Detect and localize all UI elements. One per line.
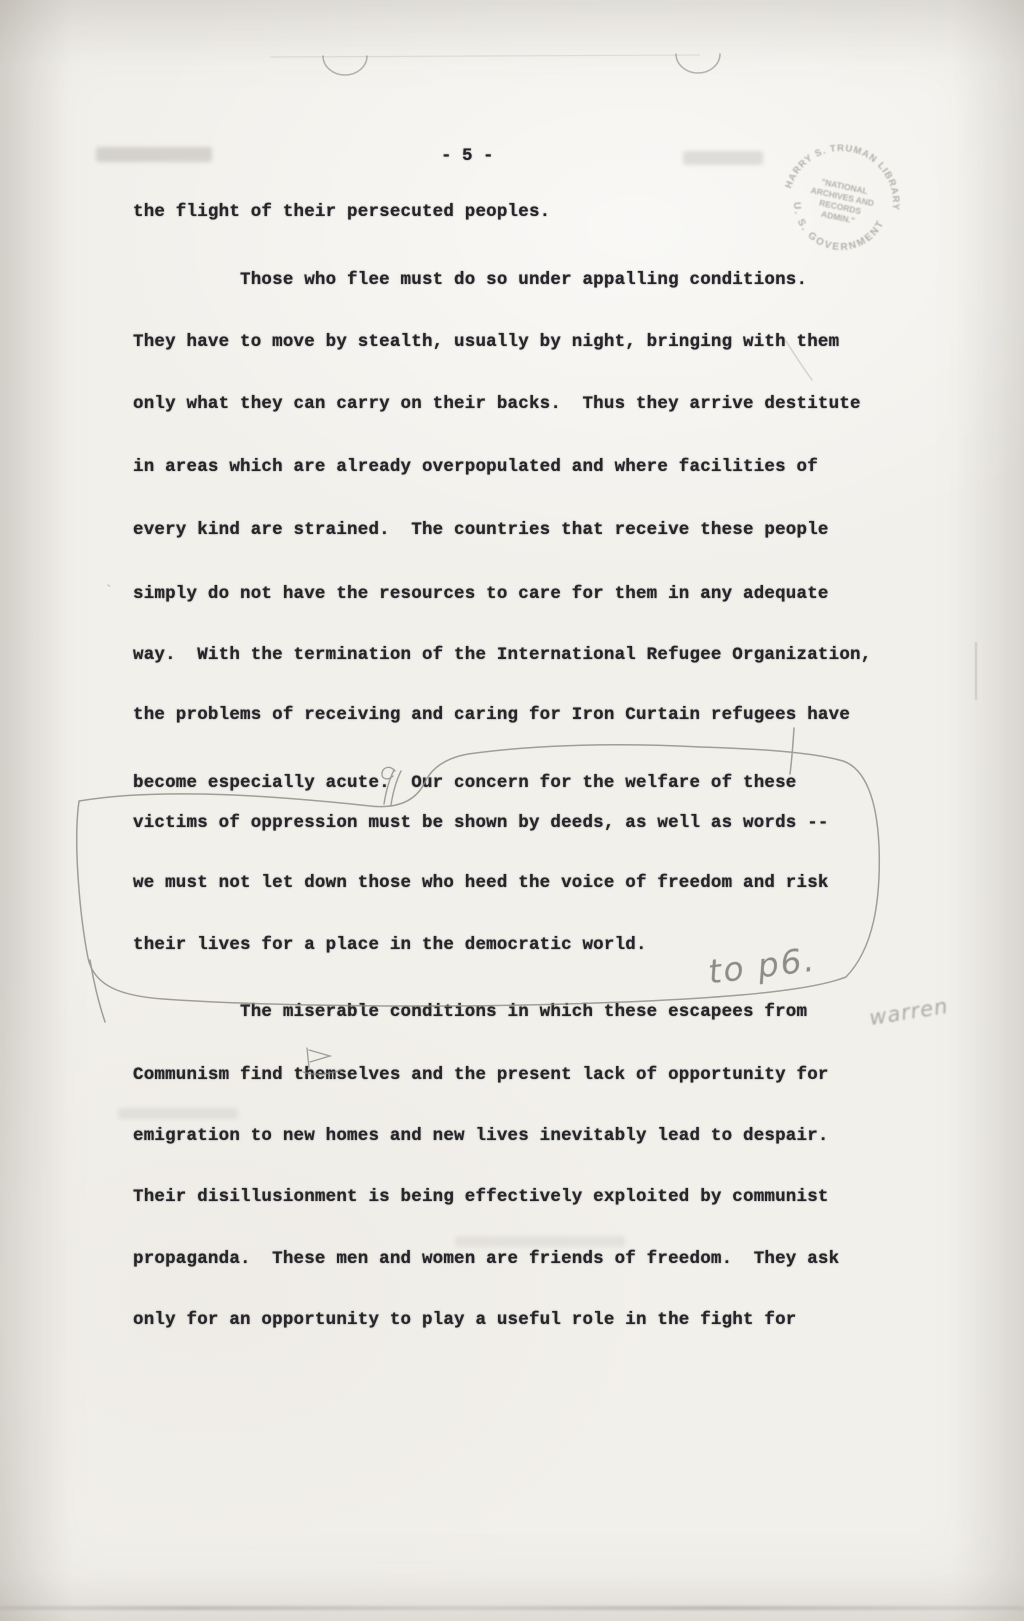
stray-dot — [108, 585, 110, 586]
pencil-tick — [790, 728, 794, 774]
archive-stamp: HARRY S. TRUMAN LIBRARY U. S. GOVERNMENT… — [779, 141, 903, 265]
scanned-document-page: - 5 - the flight of their persecuted peo… — [0, 0, 1024, 1621]
pencil-circle-tail — [90, 960, 105, 1022]
paragraph-insert-mark-icon — [382, 767, 401, 805]
pencil-scratch — [786, 341, 812, 380]
flag-mark-icon — [303, 1048, 341, 1074]
bottom-scan-edge — [0, 1606, 1024, 1610]
